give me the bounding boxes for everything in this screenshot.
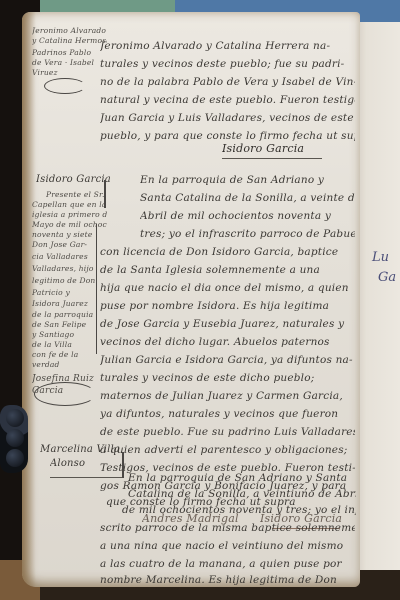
body-text-line: Juan Garcia y Luis Valladares, vecinos d… (100, 112, 355, 124)
signature-flourish (222, 158, 322, 159)
body-text-line: no de la palabra Pablo de Vera y Isabel … (100, 76, 355, 88)
rubric-flourish-icon (34, 382, 96, 406)
body-text-line: pueblo, y para que conste lo firmo fecha… (100, 130, 355, 142)
body-text-line: En la parroquia de San Adriano y (140, 174, 355, 186)
priest-signature: Isidoro Garcia (222, 142, 304, 155)
body-text-line: Santa Catalina de la Sonilla, a veinte d… (140, 192, 355, 204)
body-text-line: de mil ochocientos noventa y tres; yo el… (122, 504, 356, 516)
facing-page-fragment: Lu (372, 250, 389, 265)
margin-note-line: Padrinos Pablo (32, 48, 107, 57)
body-text-line: puse por nombre Isidora. Es hija legitim… (100, 300, 355, 312)
rubric-flourish-icon (44, 78, 86, 94)
margin-baptized-name: Isidoro Garcia (36, 174, 111, 185)
body-text-line: turales y vecinos de este dicho pueblo; (100, 372, 355, 384)
body-text-line: Abril de mil ochocientos noventa y (140, 210, 355, 222)
margin-note-line: Viruez (32, 68, 107, 77)
margin-note-line: y Catalina Hermosa (32, 36, 107, 45)
margin-brace (104, 180, 106, 208)
margin-baptized-name: Marcelina Villa (40, 444, 120, 455)
clip-knob-icon (6, 429, 24, 447)
body-text-line: ya difuntos, naturales y vecinos que fue… (100, 408, 355, 420)
margin-note-line: Presente el Sr. (46, 190, 121, 199)
body-text-line: turales y vecinos deste pueblo; fue su p… (100, 58, 355, 70)
body-text-line: de este pueblo. Fue su padrino Luis Vall… (100, 426, 355, 438)
facing-page-fragment: Ga (378, 270, 396, 285)
body-text-line: con licencia de Don Isidoro Garcia, bapt… (100, 246, 355, 258)
margin-note-line: de Vera · Isabel (32, 58, 107, 67)
body-text-line: Jeronimo Alvarado y Catalina Herrera na- (100, 40, 355, 52)
margin-note-line: verdad (32, 360, 107, 369)
body-text-line: scrito parroco de la misma baptice solem… (100, 522, 355, 534)
body-text-line: natural y vecina de este pueblo. Fueron … (100, 94, 355, 106)
body-text-line: tres; yo el infrascrito parroco de Pabue… (140, 228, 355, 240)
body-text-line: vecinos del dicho lugar. Abuelos paterno… (100, 336, 355, 348)
margin-note-line: Jeronimo Alvarado (32, 26, 107, 35)
body-text-line: de Jose Garcia y Eusebia Juarez, natural… (100, 318, 355, 330)
body-text-line: de la Santa Iglesia solemnemente a una (100, 264, 355, 276)
body-text-line: En la parroquia de San Adriano y Santa (128, 472, 356, 484)
margin-divider-line (96, 224, 97, 354)
margin-note-line: Capellan que en la misma (32, 200, 107, 209)
body-text-line: maternos de Julian Juarez y Carmen Garci… (100, 390, 355, 402)
body-text-line: a una nina que nacio el veintiuno del mi… (100, 540, 355, 552)
margin-note-line: iglesia a primero de (32, 210, 107, 219)
binder-clip (0, 405, 28, 473)
margin-brace (122, 452, 124, 478)
body-text-line: a quien adverti el parentesco y obligaci… (100, 444, 355, 456)
body-text-line: Julian Garcia e Isidora Garcia, ya difun… (100, 354, 355, 366)
body-text-line: hija que nacio el dia once del mismo, a … (100, 282, 355, 294)
clip-knob-icon (6, 409, 24, 427)
margin-underline (50, 477, 122, 478)
register-page: Jeronimo Alvarado y Catalina Hermosa Pad… (22, 12, 360, 587)
body-text-line: Catalina de la Sonilla, a veintiuno de A… (128, 488, 356, 500)
body-text-line: nombre Marcelina. Es hija legitima de Do… (100, 574, 355, 586)
clip-knob-icon (6, 449, 24, 467)
margin-baptized-surname: Alonso (50, 458, 110, 469)
body-text-line: a las cuatro de la manana, a quien puse … (100, 558, 355, 570)
